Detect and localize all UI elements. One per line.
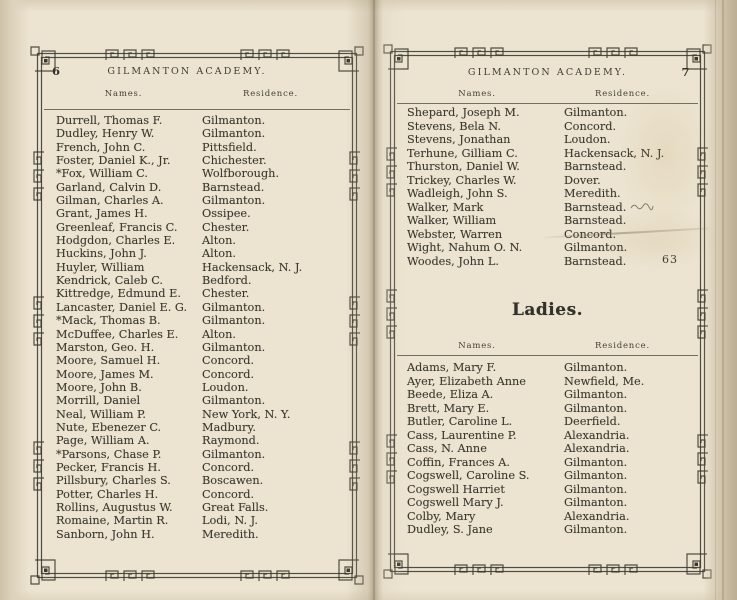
table-row: Huyler, WilliamHackensack, N. J. xyxy=(56,261,352,274)
table-header: Names. Residence. xyxy=(56,89,350,99)
table-row: French, John C.Pittsfield. xyxy=(56,141,352,154)
book-edge-left xyxy=(0,0,30,600)
student-name: Brett, Mary E. xyxy=(407,402,564,415)
table-row: Trickey, Charles W.Dover. xyxy=(407,174,698,188)
student-residence: Loudon. xyxy=(202,381,352,394)
student-name: Page, William A. xyxy=(56,434,202,447)
student-residence: Bedford. xyxy=(202,274,352,287)
student-residence: Barnstead. xyxy=(564,201,698,214)
section-heading: Ladies. xyxy=(389,300,706,320)
wavy-rule xyxy=(397,97,698,102)
student-residence: Gilmanton. xyxy=(202,301,352,314)
table-row: *Parsons, Chase P.Gilmanton. xyxy=(56,448,352,461)
student-name: Potter, Charles H. xyxy=(56,488,202,501)
student-residence: Dover. xyxy=(564,174,698,187)
table-row: Hodgdon, Charles E.Alton. xyxy=(56,234,352,247)
student-residence: Alexandria. xyxy=(564,442,698,455)
right-page: 7 GILMANTON ACADEMY. xyxy=(389,50,706,573)
column-header-residence: Residence. xyxy=(191,89,350,99)
student-name: Trickey, Charles W. xyxy=(407,174,564,187)
table-row: Rollins, Augustus W.Great Falls. xyxy=(56,501,352,514)
student-residence: Wolfborough. xyxy=(202,167,352,180)
table-row: Moore, Samuel H.Concord. xyxy=(56,354,352,367)
student-name: Shepard, Joseph M. xyxy=(407,106,564,119)
student-name: Ayer, Elizabeth Anne xyxy=(407,375,564,388)
table-row: Moore, John B.Loudon. xyxy=(56,381,352,394)
student-name: Butler, Caroline L. xyxy=(407,415,564,428)
student-name: Gilman, Charles A. xyxy=(56,194,202,207)
student-residence: Hackensack, N. J. xyxy=(202,261,352,274)
student-name: Walker, Mark xyxy=(407,201,564,214)
student-name: Wadleigh, John S. xyxy=(407,187,564,200)
student-residence: Barnstead. xyxy=(202,181,352,194)
table-row: Potter, Charles H.Concord. xyxy=(56,488,352,501)
running-header: GILMANTON ACADEMY. xyxy=(60,66,314,77)
student-name: Cass, Laurentine P. xyxy=(407,429,564,442)
table-row: Thurston, Daniel W.Barnstead. xyxy=(407,160,698,174)
student-residence: Barnstead. xyxy=(564,160,698,173)
table-row: Webster, WarrenConcord. xyxy=(407,228,698,242)
table-row: Colby, MaryAlexandria. xyxy=(407,510,698,524)
student-residence: Gilmanton. xyxy=(564,402,698,415)
table-row: Pecker, Francis H.Concord. xyxy=(56,461,352,474)
student-name: Webster, Warren xyxy=(407,228,564,241)
student-name: Greenleaf, Francis C. xyxy=(56,221,202,234)
table-row: Moore, James M.Concord. xyxy=(56,368,352,381)
table-row: Cogswell Mary J.Gilmanton. xyxy=(407,496,698,510)
student-name: Hodgdon, Charles E. xyxy=(56,234,202,247)
book-spread: 6 GILMANTON ACADEMY. xyxy=(0,0,737,600)
table-row: Wadleigh, John S.Meredith. xyxy=(407,187,698,201)
table-row: Pillsbury, Charles S.Boscawen. xyxy=(56,474,352,487)
student-residence: Great Falls. xyxy=(202,501,352,514)
table-row: Walker, MarkBarnstead. xyxy=(407,201,698,215)
student-name: Kendrick, Caleb C. xyxy=(56,274,202,287)
table-row: Grant, James H.Ossipee. xyxy=(56,207,352,220)
wavy-rule xyxy=(44,102,350,107)
table-row: Walker, WilliamBarnstead. xyxy=(407,214,698,228)
student-residence: Chester. xyxy=(202,287,352,300)
table-row: Kendrick, Caleb C.Bedford. xyxy=(56,274,352,287)
table-row: McDuffee, Charles E.Alton. xyxy=(56,328,352,341)
wavy-rule xyxy=(397,349,698,354)
rule xyxy=(397,355,698,356)
running-header: GILMANTON ACADEMY. xyxy=(429,67,666,78)
table-row: Cogswell HarrietGilmanton. xyxy=(407,483,698,497)
student-residence: Alexandria. xyxy=(564,429,698,442)
table-row: Kittredge, Edmund E.Chester. xyxy=(56,287,352,300)
student-residence: Madbury. xyxy=(202,421,352,434)
student-name: Adams, Mary F. xyxy=(407,361,564,374)
table-row: Page, William A.Raymond. xyxy=(56,434,352,447)
student-residence: Hackensack, N. J. xyxy=(564,147,698,160)
student-residence: Gilmanton. xyxy=(202,314,352,327)
student-residence: Concord. xyxy=(202,461,352,474)
student-name: Walker, William xyxy=(407,214,564,227)
student-residence: Alton. xyxy=(202,328,352,341)
student-name: Cogswell Harriet xyxy=(407,483,564,496)
student-name: Thurston, Daniel W. xyxy=(407,160,564,173)
table-row: Garland, Calvin D.Barnstead. xyxy=(56,181,352,194)
student-residence: Concord. xyxy=(564,228,698,241)
student-name: Durrell, Thomas F. xyxy=(56,114,202,127)
table-row: Lancaster, Daniel E. G.Gilmanton. xyxy=(56,301,352,314)
student-residence: Boscawen. xyxy=(202,474,352,487)
student-residence: Gilmanton. xyxy=(202,448,352,461)
table-row: Brett, Mary E.Gilmanton. xyxy=(407,402,698,416)
table-row: Huckins, John J.Alton. xyxy=(56,247,352,260)
student-residence: Concord. xyxy=(202,368,352,381)
student-name: Dudley, S. Jane xyxy=(407,523,564,536)
student-residence: Gilmanton. xyxy=(564,469,698,482)
student-name: Nute, Ebenezer C. xyxy=(56,421,202,434)
student-residence: Lodi, N. J. xyxy=(202,514,352,527)
student-name: *Fox, William C. xyxy=(56,167,202,180)
student-residence: Chichester. xyxy=(202,154,352,167)
book-edge-right xyxy=(703,0,737,600)
table-row: Adams, Mary F.Gilmanton. xyxy=(407,361,698,375)
table-row: Ayer, Elizabeth AnneNewfield, Me. xyxy=(407,375,698,389)
student-name: Coffin, Frances A. xyxy=(407,456,564,469)
student-residence: Gilmanton. xyxy=(564,523,698,536)
table-row: Gilman, Charles A.Gilmanton. xyxy=(56,194,352,207)
student-name: Huckins, John J. xyxy=(56,247,202,260)
table-row: *Fox, William C.Wolfborough. xyxy=(56,167,352,180)
signature-mark: 63 xyxy=(662,253,678,266)
student-residence: Gilmanton. xyxy=(564,483,698,496)
wavy-rule xyxy=(397,333,698,338)
table-row: Nute, Ebenezer C.Madbury. xyxy=(56,421,352,434)
student-name: Terhune, Gilliam C. xyxy=(407,147,564,160)
student-name: McDuffee, Charles E. xyxy=(56,328,202,341)
student-residence: Gilmanton. xyxy=(564,106,698,119)
student-residence: Meredith. xyxy=(202,528,352,541)
section-divider xyxy=(447,281,648,288)
student-name: *Parsons, Chase P. xyxy=(56,448,202,461)
table-row: *Mack, Thomas B.Gilmanton. xyxy=(56,314,352,327)
student-residence: New York, N. Y. xyxy=(202,408,352,421)
students-table: Shepard, Joseph M.Gilmanton.Stevens, Bel… xyxy=(407,106,698,268)
wavy-rule xyxy=(397,81,698,86)
student-name: French, John C. xyxy=(56,141,202,154)
student-residence: Ossipee. xyxy=(202,207,352,220)
student-residence: Concord. xyxy=(564,120,698,133)
wavy-rule xyxy=(44,80,350,85)
student-residence: Newfield, Me. xyxy=(564,375,698,388)
table-row: Shepard, Joseph M.Gilmanton. xyxy=(407,106,698,120)
student-residence: Alexandria. xyxy=(564,510,698,523)
student-name: Marston, Geo. H. xyxy=(56,341,202,354)
table-row: Foster, Daniel K., Jr.Chichester. xyxy=(56,154,352,167)
student-residence: Gilmanton. xyxy=(564,496,698,509)
student-residence: Alton. xyxy=(202,234,352,247)
table-row: Morrill, DanielGilmanton. xyxy=(56,394,352,407)
table-row: Stevens, JonathanLoudon. xyxy=(407,133,698,147)
student-name: Romaine, Martin R. xyxy=(56,514,202,527)
student-residence: Meredith. xyxy=(564,187,698,200)
table-row: Woodes, John L.Barnstead. xyxy=(407,255,698,269)
student-name: Woodes, John L. xyxy=(407,255,564,268)
student-name: Beede, Eliza A. xyxy=(407,388,564,401)
student-name: Cogswell, Caroline S. xyxy=(407,469,564,482)
table-row: Cogswell, Caroline S.Gilmanton. xyxy=(407,469,698,483)
student-residence: Gilmanton. xyxy=(564,456,698,469)
table-row: Terhune, Gilliam C.Hackensack, N. J. xyxy=(407,147,698,161)
table-row: Marston, Geo. H.Gilmanton. xyxy=(56,341,352,354)
student-name: Wight, Nahum O. N. xyxy=(407,241,564,254)
table-row: Neal, William P.New York, N. Y. xyxy=(56,408,352,421)
student-name: Grant, James H. xyxy=(56,207,202,220)
student-residence: Barnstead. xyxy=(564,214,698,227)
student-name: Foster, Daniel K., Jr. xyxy=(56,154,202,167)
rule xyxy=(397,103,698,104)
left-page: 6 GILMANTON ACADEMY. xyxy=(36,52,358,579)
table-row: Coffin, Frances A.Gilmanton. xyxy=(407,456,698,470)
student-name: Lancaster, Daniel E. G. xyxy=(56,301,202,314)
student-name: Colby, Mary xyxy=(407,510,564,523)
student-residence: Gilmanton. xyxy=(202,394,352,407)
table-row: Cass, Laurentine P.Alexandria. xyxy=(407,429,698,443)
table-row: Butler, Caroline L.Deerfield. xyxy=(407,415,698,429)
students-table: Durrell, Thomas F.Gilmanton.Dudley, Henr… xyxy=(56,114,352,541)
student-name: Morrill, Daniel xyxy=(56,394,202,407)
student-residence: Alton. xyxy=(202,247,352,260)
column-header-names: Names. xyxy=(56,89,191,99)
table-row: Beede, Eliza A.Gilmanton. xyxy=(407,388,698,402)
table-row: Greenleaf, Francis C.Chester. xyxy=(56,221,352,234)
student-name: Cass, N. Anne xyxy=(407,442,564,455)
student-residence: Raymond. xyxy=(202,434,352,447)
table-row: Romaine, Martin R.Lodi, N. J. xyxy=(56,514,352,527)
student-residence: Concord. xyxy=(202,488,352,501)
ladies-table: Adams, Mary F.Gilmanton.Ayer, Elizabeth … xyxy=(407,361,698,537)
student-name: Sanborn, John H. xyxy=(56,528,202,541)
rule xyxy=(44,109,350,110)
student-name: *Mack, Thomas B. xyxy=(56,314,202,327)
student-residence: Deerfield. xyxy=(564,415,698,428)
student-residence: Gilmanton. xyxy=(202,341,352,354)
student-name: Cogswell Mary J. xyxy=(407,496,564,509)
student-name: Dudley, Henry W. xyxy=(56,127,202,140)
student-residence: Chester. xyxy=(202,221,352,234)
student-name: Rollins, Augustus W. xyxy=(56,501,202,514)
table-row: Cass, N. AnneAlexandria. xyxy=(407,442,698,456)
student-residence: Gilmanton. xyxy=(564,388,698,401)
student-residence: Gilmanton. xyxy=(202,194,352,207)
student-residence: Concord. xyxy=(202,354,352,367)
student-name: Moore, John B. xyxy=(56,381,202,394)
table-row: Stevens, Bela N.Concord. xyxy=(407,120,698,134)
student-name: Pecker, Francis H. xyxy=(56,461,202,474)
book-gutter xyxy=(346,0,404,600)
student-name: Neal, William P. xyxy=(56,408,202,421)
student-name: Pillsbury, Charles S. xyxy=(56,474,202,487)
student-name: Stevens, Bela N. xyxy=(407,120,564,133)
student-residence: Gilmanton. xyxy=(564,361,698,374)
table-row: Wight, Nahum O. N.Gilmanton. xyxy=(407,241,698,255)
student-name: Moore, James M. xyxy=(56,368,202,381)
student-residence: Gilmanton. xyxy=(202,127,352,140)
student-residence: Gilmanton. xyxy=(202,114,352,127)
table-row: Dudley, Henry W.Gilmanton. xyxy=(56,127,352,140)
student-name: Garland, Calvin D. xyxy=(56,181,202,194)
table-row: Dudley, S. JaneGilmanton. xyxy=(407,523,698,537)
student-residence: Loudon. xyxy=(564,133,698,146)
table-row: Durrell, Thomas F.Gilmanton. xyxy=(56,114,352,127)
student-name: Moore, Samuel H. xyxy=(56,354,202,367)
student-name: Stevens, Jonathan xyxy=(407,133,564,146)
page-number: 7 xyxy=(681,65,690,79)
table-row: Sanborn, John H.Meredith. xyxy=(56,528,352,541)
student-name: Huyler, William xyxy=(56,261,202,274)
student-name: Kittredge, Edmund E. xyxy=(56,287,202,300)
student-residence: Pittsfield. xyxy=(202,141,352,154)
